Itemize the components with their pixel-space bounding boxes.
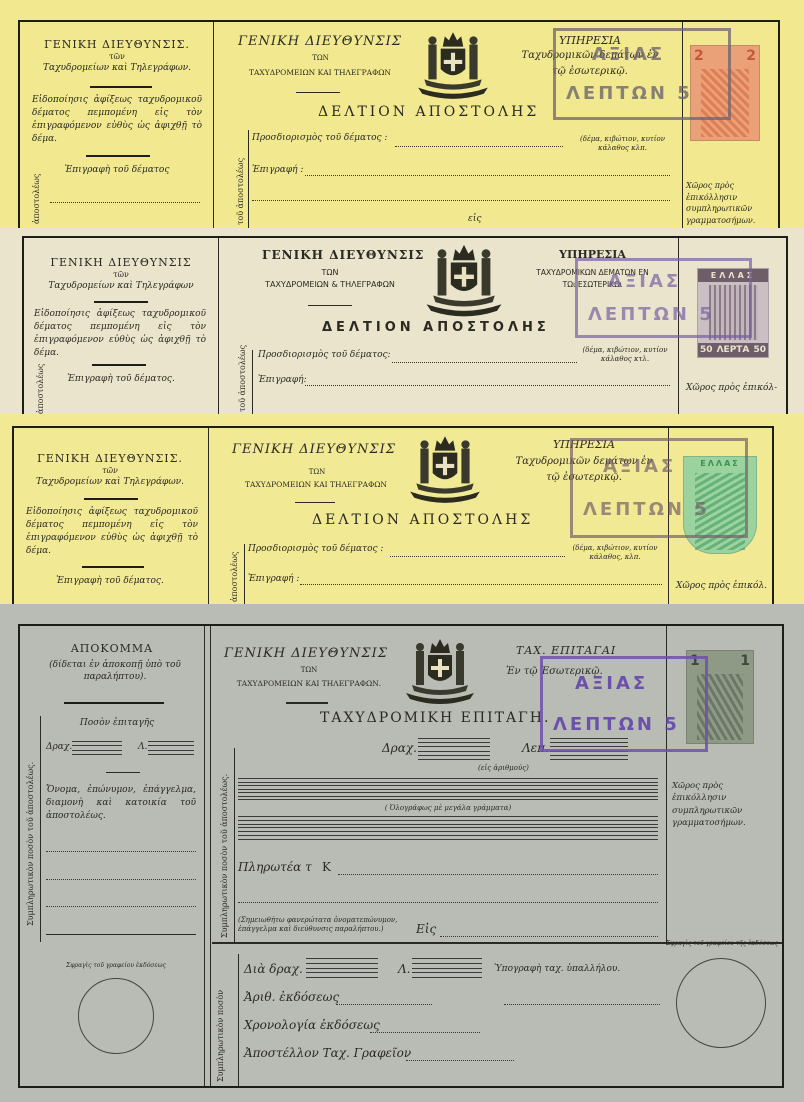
main-subtitle: ΤΑΧΥΔΡΟΜΕΙΩΝ ΚΑΙ ΤΗΛΕΓΡΑΦΩΝ. bbox=[216, 679, 402, 688]
affix-note: Χῶρος πρὸς ἐπικόλλησιν συμπληρωτικῶν γρα… bbox=[686, 180, 778, 226]
stub-drachmas-label: Δραχ. bbox=[46, 742, 72, 752]
stub-ton: τῶν bbox=[22, 52, 212, 61]
cachet-line2: ΛΕΠΤΩΝ 5 bbox=[588, 304, 739, 325]
card-3-parcel-dispatch: ΓΕΝΙΚΗ ΔΙΕΥΘΥΝΣΙΣ. τῶν Ταχυδρομείων καὶ … bbox=[0, 414, 804, 604]
field-address: Ἐπιγραφή : bbox=[248, 574, 299, 584]
field-address-line[interactable] bbox=[300, 584, 662, 585]
main-margin-text: ἀποστολέως bbox=[230, 554, 239, 602]
receipt-signature-line[interactable] bbox=[504, 1004, 660, 1005]
cachet-line2: ΛΕΠΤΩΝ 5 bbox=[566, 83, 718, 104]
field-parcel-description: Προσδιορισμὸς τοῦ δέματος : bbox=[248, 544, 383, 554]
main-ton: ΤΩΝ bbox=[232, 468, 402, 476]
field-parcel-description: Προσδιορισμὸς τοῦ δέματος: bbox=[258, 350, 391, 360]
stub-subtitle: Ταχυδρομείων καὶ Τηλεγράφων. bbox=[14, 477, 206, 487]
stub-title: ΑΠΟΚΟΜΜΑ bbox=[22, 642, 202, 655]
stub-ton: τῶν bbox=[14, 466, 206, 475]
main-title: ΓΕΝΙΚΗ ΔΙΕΥΘΥΝΣΙΣ bbox=[232, 442, 396, 457]
main-margin-text: τοῦ ἀποστολέως bbox=[236, 130, 245, 225]
receipt-issue-date-label: Χρονολογία ἐκδόσεως bbox=[244, 1018, 380, 1032]
cachet-5-lepta: ΑΞΙΑΣ ΛΕΠΤΩΝ 5 bbox=[570, 438, 748, 538]
field-address-line-2[interactable] bbox=[252, 200, 670, 201]
field-hint: (δέμα, κιβώτιον, κυτίον κάλαθος, κλπ. bbox=[565, 544, 665, 562]
amount-in-words-field[interactable] bbox=[238, 778, 658, 800]
in-words-hint: ( Ὀλογράφως μὲ μεγάλα γράμματα) bbox=[238, 804, 658, 812]
royal-crest-icon bbox=[412, 28, 494, 100]
receipt-drachmas-field[interactable] bbox=[306, 958, 378, 978]
stamp-value-left: 50 bbox=[700, 345, 713, 355]
form-title: ΤΑΧΥΔΡΟΜΙΚΗ ΕΠΙΤΑΓΗ. bbox=[320, 710, 550, 726]
cachet-line2: ΛΕΠΤΩΝ 5 bbox=[553, 714, 695, 735]
card-1-parcel-dispatch: ΓΕΝΙΚΗ ΔΙΕΥΘΥΝΣΙΣ. τῶν Ταχυδρομείων καὶ … bbox=[0, 0, 804, 228]
royal-crest-icon bbox=[404, 432, 486, 504]
stub-drachmas-field[interactable] bbox=[72, 741, 122, 755]
royal-crest-icon bbox=[400, 634, 480, 706]
field-address: Ἐπιγραφή : bbox=[252, 165, 303, 175]
field-to: εἰς bbox=[468, 214, 481, 224]
drachmas-label: Δραχ. bbox=[382, 741, 417, 755]
stub-label: Ἐπιγραφὴ τοῦ δέματος. bbox=[14, 576, 206, 586]
affix-note: Χῶρος πρὸς ἐπικόλλησιν συμπληρωτικῶν γρα… bbox=[672, 780, 772, 829]
receipt-office-label: Ἀποστέλλον Ταχ. Γραφεῖον bbox=[244, 1046, 411, 1060]
receipt-office-line[interactable] bbox=[406, 1060, 514, 1061]
cachet-line1: ΑΞΙΑΣ bbox=[588, 271, 739, 292]
to-label: Εἰς bbox=[416, 922, 436, 936]
form-title: ΔΕΛΤΙΟΝ ΑΠΟΣΤΟΛΗΣ bbox=[312, 512, 533, 528]
main-margin-text: Συμπληρωτικὸν ποσὸν τοῦ ἀποστολέως. bbox=[220, 748, 229, 938]
cachet-5-lepta: ΑΞΙΑΣ ΛΕΠΤΩΝ 5 bbox=[540, 656, 708, 752]
stub-label: Ἐπιγραφὴ τοῦ δέματος. bbox=[26, 374, 216, 384]
form-title: ΔΕΛΤΙΟΝ ΑΠΟΣΤΟΛΗΣ bbox=[322, 320, 550, 335]
field-hint: (δέμα, κιβώτιον, κυτίον κάλαθος κτλ. bbox=[575, 346, 675, 364]
stub-subtitle: Ταχυδρομείων καὶ Τηλεγράφων bbox=[26, 281, 216, 291]
stub-subtitle: (δίδεται ἐν ἀποκοπῇ ὑπὸ τοῦ παραλήπτου). bbox=[40, 660, 190, 683]
stub-ton: τῶν bbox=[26, 270, 216, 279]
cachet-line2: ΛΕΠΤΩΝ 5 bbox=[583, 499, 735, 520]
main-ton: ΤΩΝ bbox=[238, 54, 403, 62]
stamp-value-label: ΛΕΡΤΑ bbox=[717, 345, 750, 355]
royal-crest-icon bbox=[420, 240, 508, 318]
main-subtitle: ΤΑΧΥΔΡΟΜΕΙΩΝ ΚΑΙ ΤΗΛΕΓΡΑΦΩΝ bbox=[230, 68, 410, 77]
stub-seal-ring-text: Σφραγὶς τοῦ γραφείου ἐκδόσεως bbox=[66, 962, 166, 969]
card-4-money-order: ΑΠΟΚΟΜΜΑ (δίδεται ἐν ἀποκοπῇ ὑπὸ τοῦ παρ… bbox=[0, 604, 804, 1102]
cachet-5-lepta: ΑΞΙΑΣ ΛΕΠΤΩΝ 5 bbox=[575, 258, 752, 338]
stub-lepta-label: Λ. bbox=[138, 742, 147, 752]
field-parcel-description: Προσδιορισμὸς τοῦ δέματος : bbox=[252, 133, 387, 143]
receipt-seal-circle[interactable] bbox=[676, 958, 766, 1048]
stamp-value-right: 2 bbox=[746, 48, 756, 64]
stub-margin-text: ἀποστολέως bbox=[32, 180, 41, 224]
stub-body: Εἰδοποίησις ἀφίξεως ταχυδρομικοῦ δέματος… bbox=[26, 506, 198, 558]
field-parcel-description-line[interactable] bbox=[395, 146, 563, 147]
receipt-issue-number-line[interactable] bbox=[336, 1004, 432, 1005]
field-address-line[interactable] bbox=[305, 385, 670, 386]
stub-title: ΓΕΝΙΚΗ ΔΙΕΥΘΥΝΣΙΣ bbox=[26, 256, 216, 269]
stub-margin-text: ἀποστολέως bbox=[36, 386, 45, 414]
main-ton: ΤΩΝ bbox=[245, 268, 415, 277]
payee-note: (Σημειωθήτω φανερώτατα ὀνοματεπώνυμον, ἐ… bbox=[238, 916, 408, 934]
field-address-line[interactable] bbox=[305, 175, 670, 176]
stub-title: ΓΕΝΙΚΗ ΔΙΕΥΘΥΝΣΙΣ. bbox=[14, 452, 206, 465]
cachet-line1: ΑΞΙΑΣ bbox=[553, 673, 695, 694]
receipt-issue-date-line[interactable] bbox=[370, 1032, 480, 1033]
receipt-drachmas-label: Διὰ δραχ. bbox=[244, 962, 303, 976]
receipt-margin-text: Συμπληρωτικὸν ποσὸν bbox=[216, 952, 225, 1082]
main-margin-text: τοῦ ἀποστολέως bbox=[238, 328, 247, 412]
main-subtitle: ΤΑΧΥΔΡΟΜΕΙΩΝ ΚΑΙ ΤΗΛΕΓΡΑΦΩΝ bbox=[222, 480, 410, 489]
field-hint: (δέμα, κιβώτιον, κυτίον κάλαθος κλπ. bbox=[570, 135, 675, 153]
stub-body: Εἰδοποίησις ἀφίξεως ταχυδρομικοῦ δέματος… bbox=[34, 308, 206, 360]
affix-note: Χῶρος πρὸς ἐπικόλ- bbox=[686, 383, 777, 393]
stub-body: Ὄνομα, ἐπώνυμον, ἐπάγγελμα, διαμονὴ καὶ … bbox=[46, 784, 196, 823]
field-parcel-description-line[interactable] bbox=[390, 556, 565, 557]
field-address: Ἐπιγραφή: bbox=[258, 375, 307, 385]
stub-body: Εἰδοποίησις ἀφίξεως ταχυδρομικοῦ δέματος… bbox=[32, 94, 202, 146]
stub-line-2[interactable] bbox=[46, 879, 196, 880]
payable-to-label: Πληρωτέα τ bbox=[238, 860, 312, 874]
main-ton: ΤΩΝ bbox=[224, 666, 394, 674]
cachet-line1: ΑΞΙΑΣ bbox=[566, 44, 718, 65]
amount-in-words-field-2[interactable] bbox=[238, 816, 658, 840]
stub-subtitle: Ταχυδρομείων καὶ Τηλεγράφων. bbox=[22, 63, 212, 73]
stub-line-1[interactable] bbox=[46, 851, 196, 852]
receipt-seal-ring-text: Σφραγὶς τοῦ γραφείου τῆς ἐκδόσεως bbox=[660, 940, 784, 947]
payee-line-1[interactable] bbox=[338, 874, 658, 875]
field-parcel-description-line[interactable] bbox=[392, 362, 577, 363]
payee-line-2[interactable] bbox=[238, 902, 658, 903]
stub-title: ΓΕΝΙΚΗ ΔΙΕΥΘΥΝΣΙΣ. bbox=[22, 38, 212, 51]
cachet-line1: ΑΞΙΑΣ bbox=[583, 456, 735, 477]
stub-label: Ἐπιγραφὴ τοῦ δέματος bbox=[22, 165, 212, 175]
main-title: ΓΕΝΙΚΗ ΔΙΕΥΘΥΝΣΙΣ bbox=[262, 248, 424, 262]
stub-lepta-field[interactable] bbox=[148, 741, 194, 755]
main-title: ΓΕΝΙΚΗ ΔΙΕΥΘΥΝΣΙΣ bbox=[238, 34, 402, 49]
receipt-signature-label: Ὑπογραφὴ ταχ. ὑπαλλήλου. bbox=[494, 964, 620, 974]
receipt-issue-number-label: Ἀριθ. ἐκδόσεως bbox=[244, 990, 339, 1004]
card-2-parcel-dispatch: ΓΕΝΙΚΗ ΔΙΕΥΘΥΝΣΙΣ τῶν Ταχυδρομείων καὶ Τ… bbox=[0, 228, 804, 414]
stub-line-3[interactable] bbox=[46, 906, 196, 907]
drachmas-field[interactable] bbox=[418, 738, 490, 760]
payable-to-k: Κ bbox=[322, 860, 331, 874]
affix-note: Χῶρος πρὸς ἐπικόλ. bbox=[676, 581, 767, 591]
stamp-value-right: 50 bbox=[753, 345, 766, 355]
main-subtitle: ΤΑΧΥΔΡΟΜΕΙΩΝ & ΤΗΛΕΓΡΑΦΩΝ bbox=[238, 280, 422, 289]
stamp-value-right: 1 bbox=[740, 653, 750, 669]
to-line[interactable] bbox=[440, 936, 658, 937]
stub-amount-label: Ποσὸν ἐπιταγῆς bbox=[22, 718, 212, 728]
in-numbers-hint: (εἰς ἀριθμούς) bbox=[478, 764, 529, 772]
stub-seal-circle[interactable] bbox=[78, 978, 154, 1054]
receipt-lepta-label: Λ. bbox=[398, 962, 410, 976]
cachet-5-lepta: ΑΞΙΑΣ ΛΕΠΤΩΝ 5 bbox=[553, 28, 731, 120]
main-title: ΓΕΝΙΚΗ ΔΙΕΥΘΥΝΣΙΣ bbox=[224, 646, 388, 661]
form-title: ΔΕΛΤΙΟΝ ΑΠΟΣΤΟΛΗΣ bbox=[318, 104, 539, 120]
receipt-lepta-field[interactable] bbox=[412, 958, 482, 978]
stub-margin-text: Συμπληρωτικὸν ποσὸν τοῦ ἀποστολέως. bbox=[26, 754, 35, 926]
